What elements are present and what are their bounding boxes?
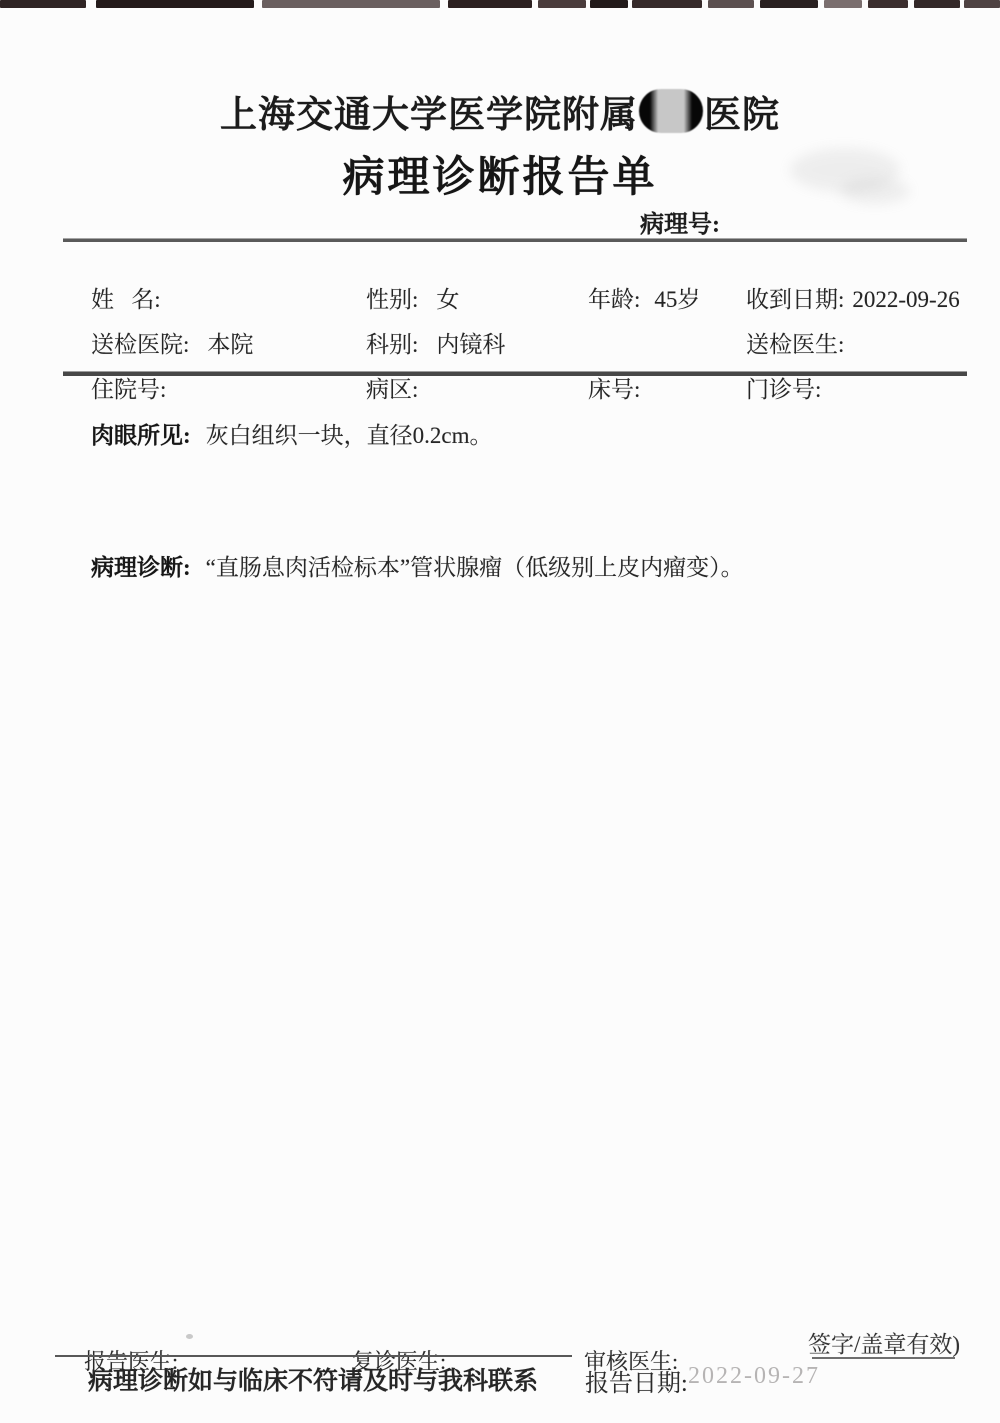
signature-underline — [812, 1357, 955, 1359]
diagnosis-label: 病理诊断: — [91, 555, 191, 580]
received-date-value: 2022-09-26 — [852, 287, 959, 312]
scan-artifact — [0, 0, 86, 8]
patient-age-label: 年龄: — [588, 287, 640, 312]
bed-no-label: 床号: — [588, 377, 640, 402]
scan-artifact — [96, 0, 254, 8]
gross-findings-label: 肉眼所见: — [91, 423, 191, 448]
patient-age-field: 年龄:45岁 — [565, 255, 700, 340]
redaction-blob — [639, 89, 703, 133]
footer-divider — [55, 1355, 572, 1357]
bed-no-field: 床号: — [565, 345, 658, 430]
scan-artifact — [914, 0, 960, 8]
gross-findings-value: 灰白组织一块，直径0.2cm。 — [206, 423, 493, 448]
scan-artifact — [448, 0, 532, 8]
gross-findings-section: 肉眼所见:灰白组织一块，直径0.2cm。 — [68, 391, 493, 476]
report-title: 病理诊断报告单 — [0, 144, 1000, 204]
scan-artifact — [964, 0, 1000, 8]
scan-artifact — [868, 0, 908, 8]
department-value: 内镜科 — [436, 332, 505, 357]
scan-artifact — [632, 0, 702, 8]
report-date-value: 2022-09-27 — [688, 1363, 820, 1390]
sending-hospital-value: 本院 — [207, 332, 253, 357]
clinical-mismatch-notice: 病理诊断如与临床不符请及时与我科联系 — [88, 1361, 538, 1397]
signature-validity-note: 签字/盖章有效) — [808, 1326, 960, 1359]
report-date-label: 报告日期: — [585, 1363, 688, 1398]
divider-top — [63, 238, 967, 242]
diagnosis-value: “直肠息肉活检标本”管状腺瘤（低级别上皮内瘤变）。 — [206, 555, 744, 580]
outpatient-no-field: 门诊号: — [723, 345, 839, 430]
scan-artifact — [760, 0, 818, 8]
hospital-title-prefix: 上海交通大学医学院附属 — [220, 95, 638, 136]
scan-artifact — [824, 0, 862, 8]
scan-artifact — [590, 0, 628, 8]
outpatient-no-label: 门诊号: — [746, 377, 821, 402]
hospital-title-suffix: 医院 — [704, 95, 780, 136]
patient-age-value: 45岁 — [654, 287, 700, 312]
faded-signature-mark — [186, 1334, 193, 1339]
pathology-no-label: 病理号: — [640, 204, 720, 239]
scan-artifact — [262, 0, 440, 8]
scan-artifact — [538, 0, 586, 8]
pathology-report-page: 上海交通大学医学院附属医院 病理诊断报告单 病理号: 姓 名: 性别:女 年龄:… — [0, 0, 1000, 1423]
scan-artifact — [708, 0, 754, 8]
diagnosis-section: 病理诊断:“直肠息肉活检标本”管状腺瘤（低级别上皮内瘤变）。 — [68, 523, 744, 608]
hospital-title: 上海交通大学医学院附属医院 — [0, 84, 1000, 138]
